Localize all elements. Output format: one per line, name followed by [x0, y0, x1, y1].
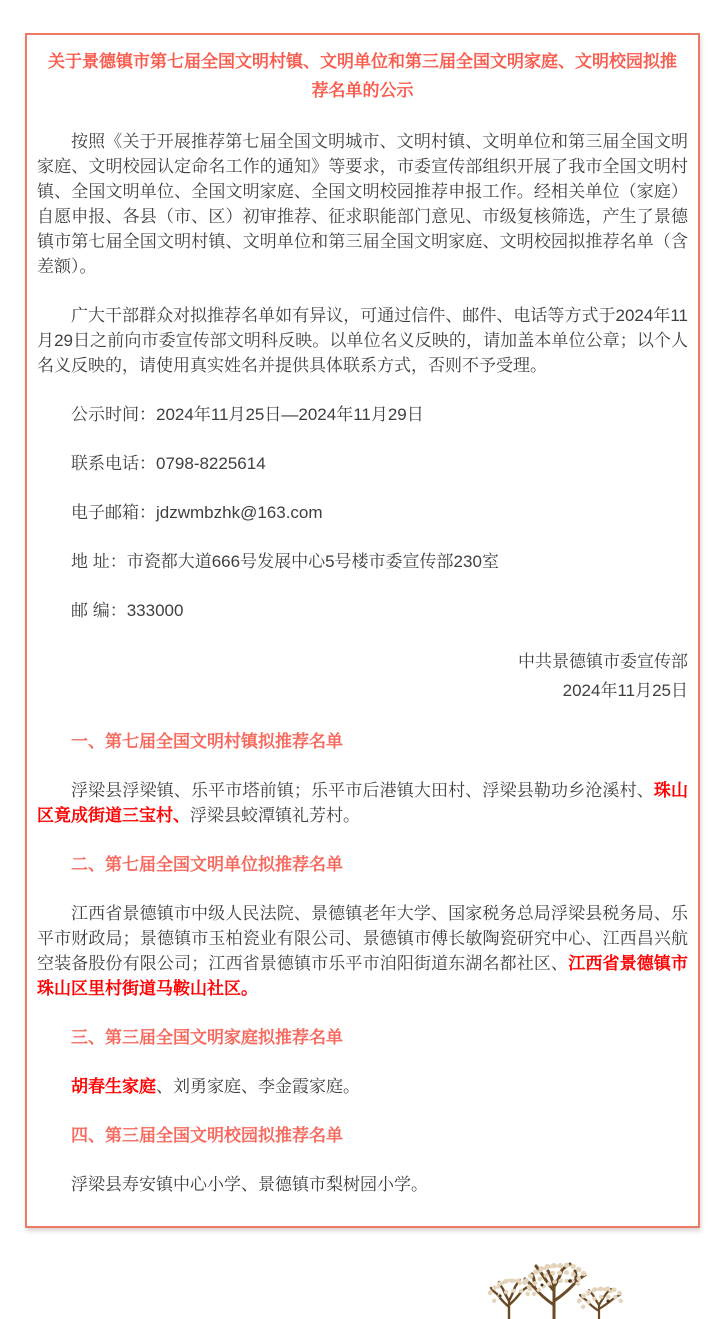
publicity-period: 公示时间：2024年11月25日—2024年11月29日: [37, 402, 688, 427]
paragraph-intro: 按照《关于开展推荐第七届全国文明城市、文明村镇、文明单位和第三届全国文明家庭、文…: [37, 129, 688, 279]
highlighted-name: 胡春生家庭: [71, 1077, 156, 1096]
section-3-list: 胡春生家庭、刘勇家庭、李金霞家庭。: [37, 1074, 688, 1099]
list-text: 浮梁县寿安镇中心小学、景德镇市梨树园小学。: [71, 1175, 428, 1194]
signature-date: 2024年11月25日: [37, 676, 688, 705]
recommendation-sections: 一、第七届全国文明村镇拟推荐名单浮梁县浮梁镇、乐平市塔前镇；乐平市后港镇大田村、…: [37, 729, 688, 1197]
contact-email: 电子邮箱：jdzwmbzhk@163.com: [37, 500, 688, 525]
section-4-heading: 四、第三届全国文明校园拟推荐名单: [37, 1123, 688, 1148]
paragraph-objection: 广大干部群众对拟推荐名单如有异议，可通过信件、邮件、电话等方式于2024年11月…: [37, 303, 688, 378]
section-2-heading: 二、第七届全国文明单位拟推荐名单: [37, 852, 688, 877]
section-1-heading: 一、第七届全国文明村镇拟推荐名单: [37, 729, 688, 754]
signature-org: 中共景德镇市委宣传部: [37, 647, 688, 676]
page-title: 关于景德镇市第七届全国文明村镇、文明单位和第三届全国文明家庭、文明校园拟推荐名单…: [43, 47, 682, 105]
section-3-heading: 三、第三届全国文明家庭拟推荐名单: [37, 1025, 688, 1050]
postal-code: 邮 编：333000: [37, 598, 688, 623]
section-1-list: 浮梁县浮梁镇、乐平市塔前镇；乐平市后港镇大田村、浮梁县勒功乡沧溪村、珠山区竟成街…: [37, 778, 688, 828]
contact-address: 地 址：市瓷都大道666号发展中心5号楼市委宣传部230室: [37, 549, 688, 574]
signature-block: 中共景德镇市委宣传部 2024年11月25日: [37, 647, 688, 705]
contact-phone: 联系电话：0798-8225614: [37, 451, 688, 476]
list-text: 浮梁县浮梁镇、乐平市塔前镇；乐平市后港镇大田村、浮梁县勒功乡沧溪村、: [71, 781, 654, 800]
list-text: 、刘勇家庭、李金霞家庭。: [156, 1077, 360, 1096]
notice-card: 关于景德镇市第七届全国文明村镇、文明单位和第三届全国文明家庭、文明校园拟推荐名单…: [25, 33, 700, 1228]
section-4-list: 浮梁县寿安镇中心小学、景德镇市梨树园小学。: [37, 1172, 688, 1197]
bare-trees-illustration: [482, 1261, 652, 1319]
section-2-list: 江西省景德镇市中级人民法院、景德镇老年大学、国家税务总局浮梁县税务局、乐平市财政…: [37, 901, 688, 1001]
list-text: 浮梁县蛟潭镇礼芳村。: [190, 806, 360, 825]
